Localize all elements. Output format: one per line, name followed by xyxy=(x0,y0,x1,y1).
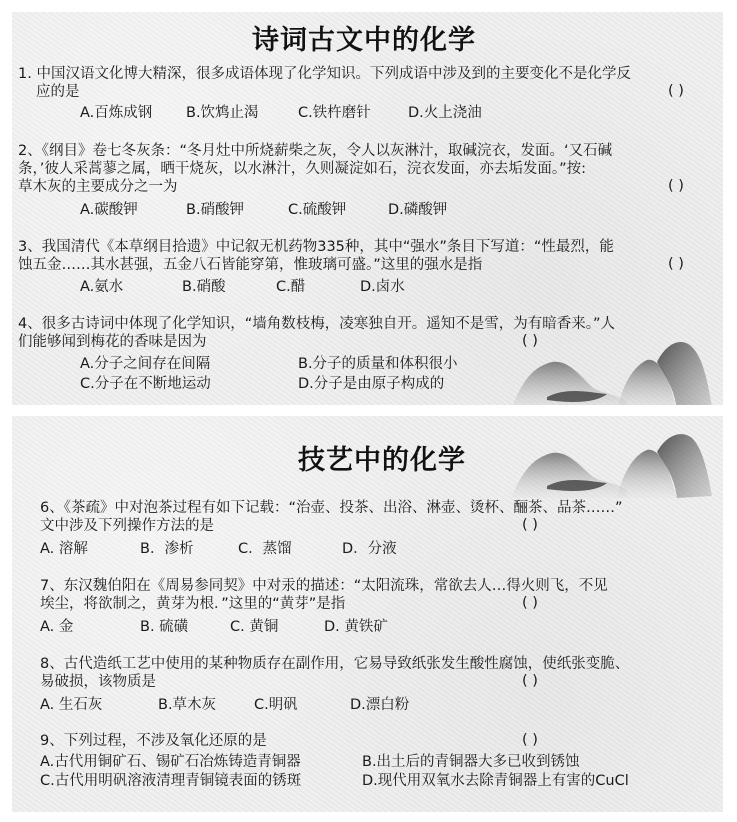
section-title: 技艺中的化学 xyxy=(298,438,466,477)
option-d[interactable]: D.分子是由原子构成的 xyxy=(298,372,444,393)
option-c[interactable]: C.醋 xyxy=(276,275,305,296)
option-b[interactable]: B.草木灰 xyxy=(158,693,216,714)
option-c[interactable]: C.铁杵磨针 xyxy=(298,101,371,122)
question-text: 2、《纲目》卷七冬灰条：“冬月灶中所烧薪柴之灰，令人以灰淋汁，取碱浣衣，发面。‘… xyxy=(18,142,612,160)
option-b[interactable]: B.分子的质量和体积很小 xyxy=(298,352,458,373)
option-a[interactable]: A. 生石灰 xyxy=(40,693,102,714)
question-text: 们能够闻到梅花的香味是因为 xyxy=(18,333,207,351)
answer-blank[interactable]: ( ) xyxy=(668,178,684,194)
answer-blank[interactable]: ( ) xyxy=(522,732,538,748)
section-title: 诗词古文中的化学 xyxy=(252,18,476,57)
question-text: 易破损，该物质是 xyxy=(40,673,156,691)
question-text: 1. 中国汉语文化博大精深，很多成语体现了化学知识。下列成语中涉及到的主要变化不… xyxy=(18,65,631,83)
option-b[interactable]: B．渗析 xyxy=(140,537,193,558)
option-d[interactable]: D. 黄铁矿 xyxy=(324,615,388,636)
option-a[interactable]: A.碳酸钾 xyxy=(80,198,138,219)
option-a[interactable]: A.百炼成钢 xyxy=(80,101,152,122)
option-a[interactable]: A.古代用铜矿石、锡矿石冶炼铸造青铜器 xyxy=(40,750,301,771)
question-text: 6、《茶疏》中对泡茶过程有如下记载：“治壶、投茶、出浴、淋壶、烫杯、酾茶、品茶…… xyxy=(40,499,623,517)
question-text: 7、东汉魏伯阳在《周易参同契》中对汞的描述：“太阳流珠，常欲去人…得火则飞，不见 xyxy=(40,577,608,595)
question-text: 埃尘，将欲制之，黄芽为根．”这里的“黄芽”是指 xyxy=(40,595,345,613)
option-d[interactable]: D.现代用双氧水去除青铜器上有害的CuCl xyxy=(362,769,629,790)
question-text: 应的是 xyxy=(36,83,80,101)
answer-blank[interactable]: ( ) xyxy=(522,673,538,689)
option-a[interactable]: A. 溶解 xyxy=(40,537,88,558)
option-d[interactable]: D.火上浇油 xyxy=(408,101,482,122)
option-d[interactable]: D.漂白粉 xyxy=(350,693,409,714)
option-a[interactable]: A.分子之间存在间隔 xyxy=(80,352,210,373)
section-panel-poetry-chemistry: 诗词古文中的化学 1. 中国汉语文化博大精深，很多成语体现了化学知识。下列成语中… xyxy=(12,12,723,405)
option-d[interactable]: D.磷酸钾 xyxy=(388,198,447,219)
option-a[interactable]: A. 金 xyxy=(40,615,73,636)
option-d[interactable]: D.卤水 xyxy=(360,275,405,296)
section-panel-craft-chemistry: 技艺中的化学 6、《茶疏》中对泡茶过程有如下记载：“治壶、投茶、出浴、淋壶、烫杯… xyxy=(12,416,723,812)
option-d[interactable]: D．分液 xyxy=(342,537,397,558)
question-text: 草木灰的主要成分之一为 xyxy=(18,178,178,196)
option-c[interactable]: C.分子在不断地运动 xyxy=(80,372,211,393)
question-text: 蚀五金……其水甚强，五金八石皆能穿第，惟玻璃可盛。”这里的强水是指 xyxy=(18,256,482,274)
question-text: 3、我国清代《本草纲目拾遗》中记叙无机药物335种，其中“强水”条目下写道：“性… xyxy=(18,238,614,256)
option-c[interactable]: C.古代用明矾溶液清理青铜镜表面的锈斑 xyxy=(40,769,301,790)
option-c[interactable]: C.硫酸钾 xyxy=(288,198,346,219)
option-b[interactable]: B.硝酸 xyxy=(182,275,226,296)
option-b[interactable]: B.饮鸩止渴 xyxy=(186,101,259,122)
option-c[interactable]: C．蒸馏 xyxy=(238,537,292,558)
answer-blank[interactable]: ( ) xyxy=(522,595,538,611)
answer-blank[interactable]: ( ) xyxy=(668,83,684,99)
ink-mountain-icon xyxy=(507,428,723,498)
option-a[interactable]: A.氨水 xyxy=(80,275,123,296)
option-b[interactable]: B. 硫磺 xyxy=(140,615,188,636)
question-text: 9、下列过程，不涉及氧化还原的是 xyxy=(40,732,267,750)
question-text: 条，’彼人采蒿蓼之属，晒干烧灰，以水淋汁，久则凝淀如石，浣衣发面，亦去垢发面。”… xyxy=(18,160,586,178)
option-b[interactable]: B.出土后的青铜器大多已收到锈蚀 xyxy=(362,750,580,771)
question-text: 文中涉及下列操作方法的是 xyxy=(40,517,214,535)
question-text: 8、古代造纸工艺中使用的某种物质存在副作用，它易导致纸张发生酸性腐蚀，使纸张变脆… xyxy=(40,655,629,673)
option-c[interactable]: C.明矾 xyxy=(254,693,298,714)
ink-mountain-icon xyxy=(507,332,723,405)
answer-blank[interactable]: ( ) xyxy=(668,256,684,272)
option-b[interactable]: B.硝酸钾 xyxy=(186,198,244,219)
answer-blank[interactable]: ( ) xyxy=(522,517,538,533)
question-text: 4、很多古诗词中体现了化学知识，“墙角数枝梅，凌寒独自开。遥知不是雪，为有暗香来… xyxy=(18,315,615,333)
option-c[interactable]: C. 黄铜 xyxy=(230,615,278,636)
